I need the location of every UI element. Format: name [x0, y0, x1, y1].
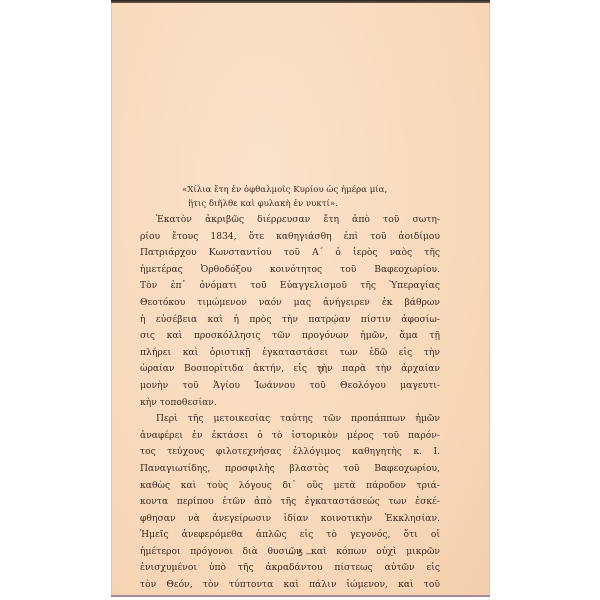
text-line: Ἑκατὸν ἀκριβῶς διέρρευσαν ἔτη ἀπὸ τοῦ σω… — [140, 212, 440, 229]
text-line: ἐνισχυμένοι ὑπὸ τῆς ἀκραδάντου πίστεως α… — [140, 560, 440, 577]
text-line: Τὸν ἐπ᾽ ὀνόματι τοῦ Εὐαγγελισμοῦ τῆς Ὑπε… — [140, 278, 440, 295]
epigraph-quote: «Χίλια ἔτη ἐν ὀφθαλμοῖς Κυρίου ὡς ἡμέρα … — [182, 184, 442, 211]
epigraph-line: «Χίλια ἔτη ἐν ὀφθαλμοῖς Κυρίου ὡς ἡμέρα … — [182, 184, 442, 198]
text-line: Παναγιωτίδης, προσφιλὴς βλαστὸς τοῦ Βαφε… — [140, 461, 440, 478]
epigraph-line: ἥτις διῆλθε καὶ φυλακὴ ἐν νυκτί». — [182, 198, 442, 212]
text-line: Περὶ τῆς μετοικεσίας ταύτης τῶν προπάππω… — [140, 411, 440, 428]
text-line: Θεοτόκου τιμώμενον ναόν μας ἀνήγειρεν ἐκ… — [140, 295, 440, 312]
text-line: ἀναφέρει ἐν ἐκτάσει ὁ τὸ ἱστορικὸν μέρος… — [140, 428, 440, 445]
page-bottom-edge — [111, 595, 490, 597]
body-text: Ἑκατὸν ἀκριβῶς διέρρευσαν ἔτη ἀπὸ τοῦ σω… — [140, 212, 440, 594]
text-line: τος τεύχους φιλοτεχνήσας ἐλλόγιμος καθηγ… — [140, 444, 440, 461]
paragraph: Ἑκατὸν ἀκριβῶς διέρρευσαν ἔτη ἀπὸ τοῦ σω… — [140, 212, 440, 411]
text-line: τὸν Θεόν, τὸν τύπτοντα καὶ πάλιν ἰώμενον… — [140, 577, 440, 594]
text-line: καθὼς καὶ τοὺς λόγους δι᾽ οὓς μετὰ πάροδ… — [140, 478, 440, 495]
text-line: ρίου ἔτους 1834, ὅτε καθηγιάσθη ἐπὶ τοῦ … — [140, 229, 440, 246]
page-top-edge — [111, 0, 490, 3]
text-line: κὴν τοποθεσίαν. — [140, 395, 440, 412]
text-line: σις καὶ προσκόλλησις τῶν προγόνων ἡμῶν, … — [140, 328, 440, 345]
book-page: «Χίλια ἔτη ἐν ὀφθαλμοῖς Κυρίου ὡς ἡμέρα … — [111, 0, 490, 597]
text-line: φθησαν νὰ ἀνεγείρωσιν ἰδίαν κοινοτικὴν Ἐ… — [140, 511, 440, 528]
text-line: κοντα περίπου ἐτῶν ἀπὸ τῆς ἐγκαταστάσεώς… — [140, 494, 440, 511]
text-line: ὡραίαν Βοσπορίτιδα ἀκτήν, εἰς τὴν παρὰ τ… — [140, 361, 440, 378]
text-line: Ἡμεῖς ἀνεφερόμεθα ἁπλῶς εἰς τὸ γεγονός, … — [140, 527, 440, 544]
text-line: ἡ εὐσέβεια καὶ ἡ πρὸς τὴν πατρῴαν πίστιν… — [140, 312, 440, 329]
marginal-mark: ϙ — [318, 365, 323, 375]
text-line: πλήρει καὶ ὁριστικῇ ἐγκαταστάσει των ἐδῶ… — [140, 345, 440, 362]
text-line: μονὴν τοῦ Ἁγίου Ἰωάννου τοῦ Θεολόγου μαγ… — [140, 378, 440, 395]
page-number: — 5 — — [111, 549, 490, 559]
text-line: ἡμετέρας Ὀρθοδόξου κοινότητος τοῦ Βαφεοχ… — [140, 262, 440, 279]
text-line: Πατριάρχου Κωνσταντίου τοῦ Α΄ ὁ ἱερὸς να… — [140, 245, 440, 262]
paragraph: Περὶ τῆς μετοικεσίας ταύτης τῶν προπάππω… — [140, 411, 440, 594]
